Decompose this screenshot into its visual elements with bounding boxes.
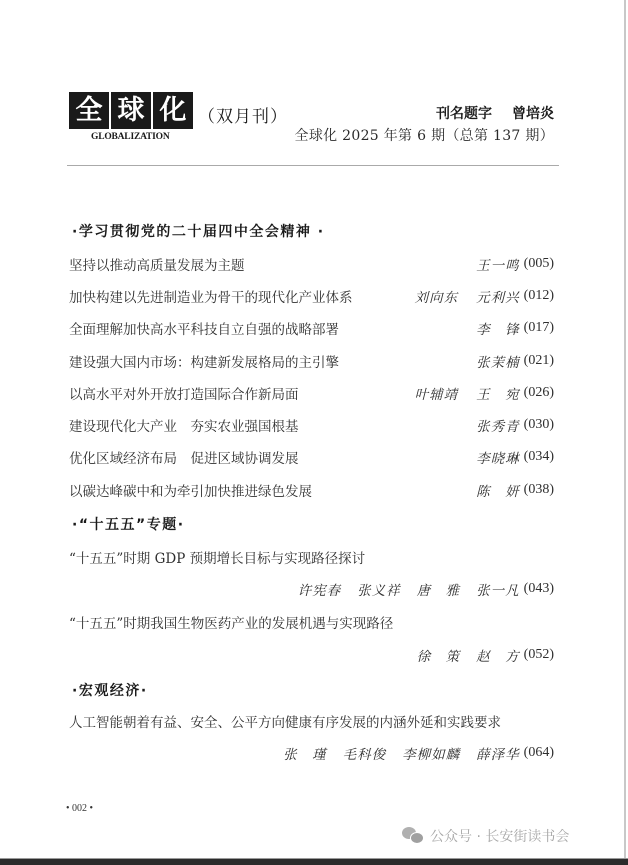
article-title: 坚持以推动高质量发展为主题: [69, 254, 245, 274]
article-title: “十五五”时期 GDP 预期增长目标与实现路径探讨: [69, 547, 365, 567]
section-heading: ·宏观经济·: [72, 680, 148, 700]
toc-entry[interactable]: 以碳达峰碳中和为牵引加快推进绿色发展 陈 妍(038): [69, 479, 554, 501]
toc-entry-title[interactable]: “十五五”时期 GDP 预期增长目标与实现路径探讨: [69, 546, 554, 568]
wechat-icon: [402, 827, 424, 845]
article-author: 张 瑾: [283, 743, 327, 763]
article-author: 李 锋: [476, 318, 520, 338]
journal-logo: 全 球 化: [69, 92, 193, 129]
toc-entry-authors: 张 瑾 毛科俊 李柳如麟 薛泽华 (064): [283, 742, 554, 764]
toc-entry-title[interactable]: “十五五”时期我国生物医药产业的发展机遇与实现路径: [69, 611, 554, 633]
toc-entry[interactable]: 优化区域经济布局 促进区域协调发展 李晓琳(034): [69, 446, 554, 468]
article-title: 优化区域经济布局 促进区域协调发展: [69, 447, 299, 467]
section-heading: ·“十五五”专题·: [72, 514, 185, 534]
article-title: 加快构建以先进制造业为骨干的现代化产业体系: [69, 286, 353, 306]
credit-name: 曾培炎: [512, 103, 554, 123]
toc-entry[interactable]: 建设强大国内市场：构建新发展格局的主引擎 张茉楠(021): [69, 350, 554, 372]
article-title: 建设强大国内市场：构建新发展格局的主引擎: [69, 351, 339, 371]
title-calligraphy-credit: 刊名题字 曾培炎: [436, 103, 554, 123]
article-author: 徐 策: [417, 645, 461, 665]
article-title: 以高水平对外开放打造国际合作新局面: [69, 383, 299, 403]
issue-info: 全球化 2025 年第 6 期（总第 137 期）: [295, 125, 554, 145]
article-author: 张义祥: [357, 579, 401, 599]
logo-char: 化: [153, 92, 193, 129]
logo-english: GLOBALIZATION: [91, 132, 170, 142]
article-author: 许宪春: [298, 579, 342, 599]
article-author: 王一鸣: [476, 254, 520, 274]
page-ref: (043): [524, 581, 554, 597]
page-ref: (052): [524, 647, 554, 663]
toc-entry[interactable]: 建设现代化大产业 夯实农业强国根基 张秀青(030): [69, 414, 554, 436]
credit-label: 刊名题字: [436, 103, 492, 123]
toc-entry-authors: 许宪春 张义祥 唐 雅 张一凡 (043): [298, 578, 554, 600]
header-divider: [67, 165, 559, 166]
article-title: 人工智能朝着有益、安全、公平方向健康有序发展的内涵外延和实践要求: [69, 711, 501, 731]
page-ref: (017): [524, 320, 554, 336]
article-author: 毛科俊: [343, 743, 387, 763]
page-ref: (038): [524, 482, 554, 498]
article-author: 元利兴: [476, 286, 520, 306]
page-ref: (005): [524, 256, 554, 272]
toc-entry-authors: 徐 策 赵 方 (052): [417, 644, 554, 666]
article-title: 以碳达峰碳中和为牵引加快推进绿色发展: [69, 480, 312, 500]
bottom-edge: [0, 858, 628, 865]
article-title: “十五五”时期我国生物医药产业的发展机遇与实现路径: [69, 612, 393, 632]
article-author: 李晓琳: [476, 447, 520, 467]
article-author: 张一凡: [476, 579, 520, 599]
publication-frequency: （双月刊）: [198, 102, 288, 127]
page-ref: (030): [524, 417, 554, 433]
article-coauthor: 叶辅靖: [415, 383, 459, 403]
article-title: 建设现代化大产业 夯实农业强国根基: [69, 415, 299, 435]
toc-entry[interactable]: 以高水平对外开放打造国际合作新局面 叶辅靖王 宛(026): [69, 382, 554, 404]
logo-char: 球: [111, 92, 151, 129]
article-author: 张秀青: [476, 415, 520, 435]
article-title: 全面理解加快高水平科技自立自强的战略部署: [69, 318, 339, 338]
page-number: • 002 •: [66, 803, 93, 814]
toc-entry[interactable]: 全面理解加快高水平科技自立自强的战略部署 李 锋(017): [69, 317, 554, 339]
page-ref: (064): [524, 745, 554, 761]
article-author: 王 宛: [476, 383, 520, 403]
watermark-text: 公众号 · 长安街读书会: [430, 826, 569, 846]
article-author: 陈 妍: [476, 480, 520, 500]
article-coauthor: 刘向东: [415, 286, 459, 306]
journal-toc-page: 全 球 化 （双月刊） GLOBALIZATION 刊名题字 曾培炎 全球化 2…: [0, 0, 626, 858]
section-heading: ·学习贯彻党的二十届四中全会精神 ·: [72, 221, 325, 241]
page-ref: (034): [524, 449, 554, 465]
article-author: 李柳如麟: [402, 743, 460, 763]
page-ref: (012): [524, 288, 554, 304]
logo-char: 全: [69, 92, 109, 129]
toc-entry-title[interactable]: 人工智能朝着有益、安全、公平方向健康有序发展的内涵外延和实践要求: [69, 710, 554, 732]
article-author: 赵 方: [476, 645, 520, 665]
article-author: 薛泽华: [476, 743, 520, 763]
page-ref: (021): [524, 353, 554, 369]
toc-entry[interactable]: 加快构建以先进制造业为骨干的现代化产业体系 刘向东元利兴(012): [69, 285, 554, 307]
article-author: 唐 雅: [417, 579, 461, 599]
page-ref: (026): [524, 385, 554, 401]
article-author: 张茉楠: [476, 351, 520, 371]
toc-entry[interactable]: 坚持以推动高质量发展为主题 王一鸣(005): [69, 253, 554, 275]
watermark: 公众号 · 长安街读书会: [402, 826, 569, 846]
